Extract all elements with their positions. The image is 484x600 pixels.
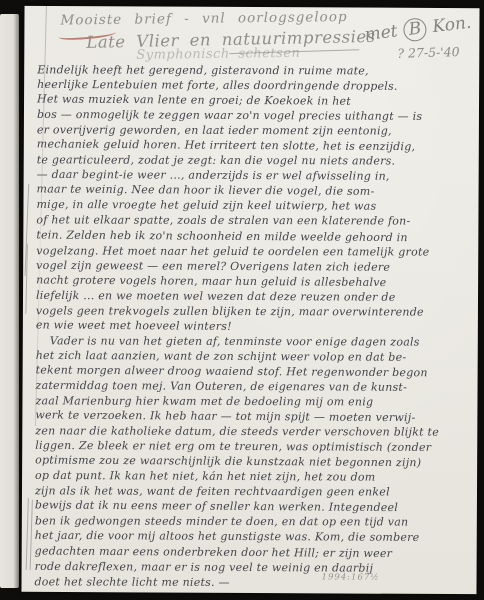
scan-frame: Mooiste brief - vnl oorlogsgeloop Late V… — [0, 0, 484, 600]
letter-body: Eindelijk heeft het geregend, gisteravon… — [35, 62, 471, 588]
letter-line: Eindelijk heeft het geregend, gisteravon… — [37, 62, 470, 78]
margin-pencil-mark — [30, 500, 33, 570]
letter-line: Vader is nu van het gieten af, tenminste… — [36, 333, 469, 349]
corner-note-circled-letter: B — [402, 17, 427, 42]
corner-note-prefix: met — [363, 21, 398, 45]
date-annotation: ? 27-5-'40 — [397, 44, 460, 61]
letter-line: tein. Zelden heb ik zo'n schoonheid en m… — [36, 227, 469, 245]
letter-page: Mooiste brief - vnl oorlogsgeloop Late V… — [21, 6, 479, 594]
archive-number: 1994:167½ — [322, 572, 380, 582]
pencil-annotation-faint: Symphonisch schetsen — [136, 46, 300, 63]
margin-pencil-mark — [25, 244, 28, 314]
letter-line: te gearticuleerd, zodat je zegt: kan die… — [37, 153, 470, 169]
letter-line: of het uit elkaar spatte, zoals de stral… — [36, 213, 469, 229]
letter-line: zen naar die katholieke datum, die steed… — [35, 423, 468, 439]
corner-note-suffix: Kon. — [431, 13, 472, 37]
pencil-annotation-top: Mooiste brief - vnl oorlogsgeloop — [60, 9, 347, 29]
letter-line: doet het slechte licht me niets. — — [35, 574, 468, 590]
letter-line: nacht grotere vogels horen, maar hun gel… — [36, 272, 469, 290]
letter-line: gedachten maar eens onderbreken door het… — [35, 543, 468, 561]
margin-pencil-mark — [26, 498, 29, 570]
adjacent-page-edge — [0, 14, 19, 588]
letter-line: tekent morgen alweer droog waaiend stof.… — [36, 362, 469, 380]
letter-line: vogelzang. Het moet naar het geluid te o… — [36, 243, 469, 259]
letter-line: ben ik gedwongen steeds minder te doen, … — [35, 514, 468, 530]
pencil-corner-note: met B Kon. — [363, 12, 472, 47]
